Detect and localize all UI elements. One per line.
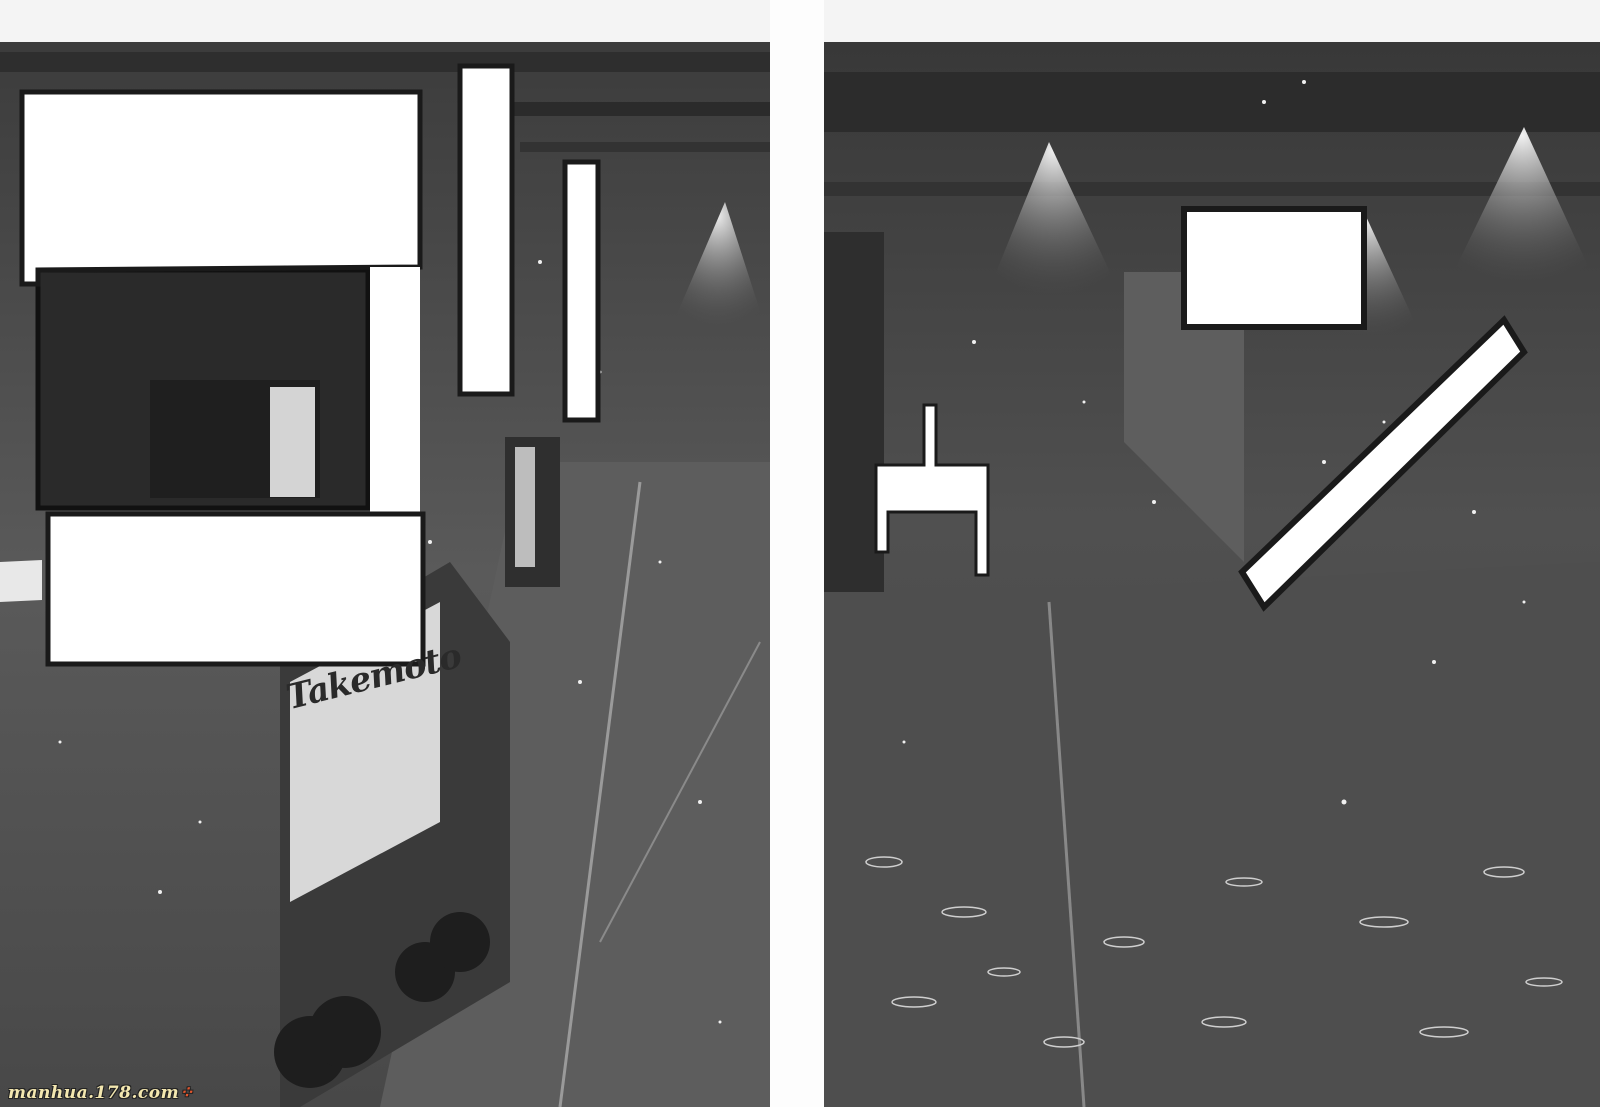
right-scene-artwork [824,42,1600,1107]
watermark-text: manhua.178.com [8,1083,179,1103]
watermark-accent-icon: ⁘ [179,1083,194,1103]
left-manga-page: Takemoto manhua.178.com⁘ [0,0,770,1107]
site-watermark: manhua.178.com⁘ [8,1083,194,1103]
right-manga-page [824,0,1600,1107]
page-gutter [770,0,824,1107]
left-scene-artwork [0,42,770,1107]
page-top-margin [824,0,1600,42]
page-top-margin [0,0,770,42]
